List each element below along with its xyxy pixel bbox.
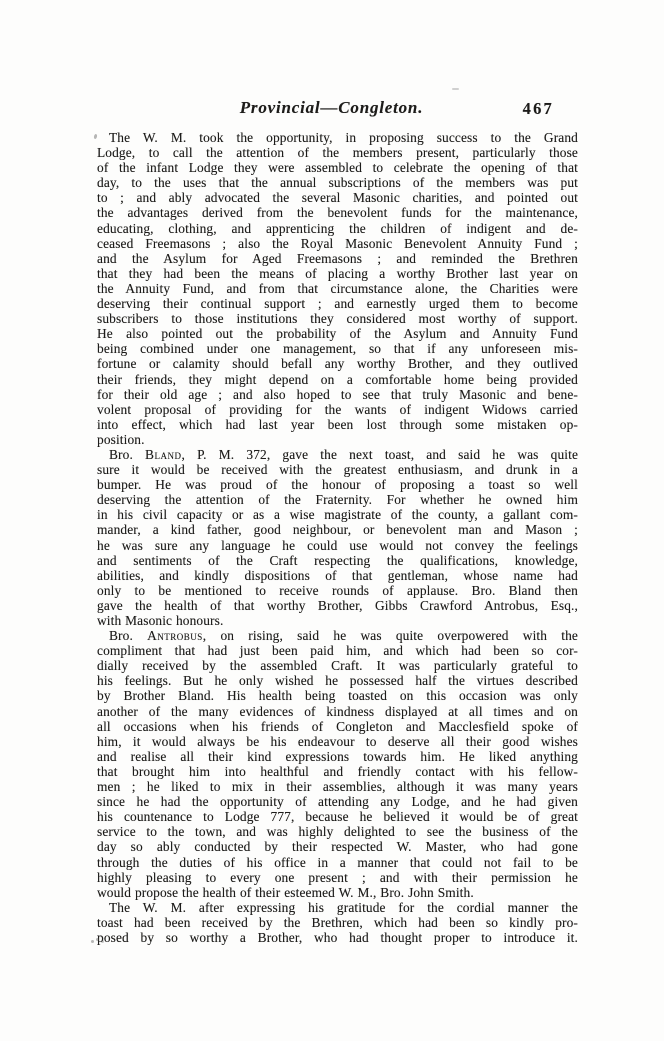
small-caps-name: Bland: [145, 447, 181, 462]
page-body: The W. M. took the opportunity, in propo…: [97, 130, 578, 945]
text-line: highly pleasing to every one present ; a…: [97, 870, 578, 885]
text-line: educating, clothing, and apprenticing th…: [97, 221, 578, 236]
text-line: day, to the uses that the annual subscri…: [97, 175, 578, 190]
text-line: toast had been received by the Brethren,…: [97, 915, 578, 930]
text-line: The W. M. took the opportunity, in propo…: [97, 130, 578, 145]
text-line: Bro. Antrobus, on rising, said he was qu…: [97, 628, 578, 643]
text-line: compliment that had just been paid him, …: [97, 643, 578, 658]
text-line: to ; and ably advocated the several Maso…: [97, 190, 578, 205]
text-line: that brought him into healthful and frie…: [97, 764, 578, 779]
text-line: service to the town, and was highly deli…: [97, 824, 578, 839]
page-number: 467: [523, 99, 554, 119]
running-title: Provincial—Congleton.: [97, 98, 578, 118]
text-line: mander, a kind father, good neighbour, o…: [97, 522, 578, 537]
scan-speck: [91, 940, 94, 943]
page-header: Provincial—Congleton. 467: [97, 98, 578, 120]
text-line: deserving the attention of the Fraternit…: [97, 492, 578, 507]
text-line: dially received by the assembled Craft. …: [97, 658, 578, 673]
text-line: another of the many evidences of kindnes…: [97, 704, 578, 719]
text-line: subscribers to those institutions they c…: [97, 311, 578, 326]
text-line: for their old age ; and also hoped to se…: [97, 387, 578, 402]
scan-speck: [452, 88, 459, 90]
text-line: He also pointed out the probability of t…: [97, 326, 578, 341]
text-line: fortune or calamity should befall any wo…: [97, 356, 578, 371]
text-line: only to be mentioned to receive rounds o…: [97, 583, 578, 598]
small-caps-name: Antrobus: [147, 628, 203, 643]
paragraph: Bro. Bland, P. M. 372, gave the next toa…: [97, 447, 578, 628]
text-line: bumper. He was proud of the honour of pr…: [97, 477, 578, 492]
text-line: being combined under one management, so …: [97, 341, 578, 356]
text-line: position.: [97, 432, 578, 447]
paragraph: The W. M. took the opportunity, in propo…: [97, 130, 578, 447]
text-line: of the infant Lodge they were assembled …: [97, 160, 578, 175]
text-line: in his civil capacity or as a wise magis…: [97, 507, 578, 522]
text-line: the advantages derived from the benevole…: [97, 205, 578, 220]
text-line: posed by so worthy a Brother, who had th…: [97, 930, 578, 945]
text-line: Lodge, to call the attention of the memb…: [97, 145, 578, 160]
text-line: the Annuity Fund, and from that circumst…: [97, 281, 578, 296]
paragraph: The W. M. after expressing his gratitude…: [97, 900, 578, 945]
text-line: and sentiments of the Craft respecting t…: [97, 553, 578, 568]
text-line: their friends, they might depend on a co…: [97, 372, 578, 387]
text-line: ceased Freemasons ; also the Royal Mason…: [97, 236, 578, 251]
text-line: through the duties of his office in a ma…: [97, 855, 578, 870]
text-line: and the Asylum for Aged Freemasons ; and…: [97, 251, 578, 266]
document-page: Provincial—Congleton. 467 The W. M. took…: [0, 0, 664, 1041]
text-line: men ; he liked to mix in their assemblie…: [97, 779, 578, 794]
text-line: he was sure any language he could use wo…: [97, 538, 578, 553]
text-line: and realise all their kind expressions t…: [97, 749, 578, 764]
text-line: sure it would be received with the great…: [97, 462, 578, 477]
text-line: abilities, and kindly dispositions of th…: [97, 568, 578, 583]
text-line: his feelings. But he only wished he poss…: [97, 673, 578, 688]
text-line: by Brother Bland. His health being toast…: [97, 688, 578, 703]
text-line: that they had been the means of placing …: [97, 266, 578, 281]
text-line: would propose the health of their esteem…: [97, 885, 578, 900]
text-line: since he had the opportunity of attendin…: [97, 794, 578, 809]
text-line: day so ably conducted by their respected…: [97, 839, 578, 854]
text-line: The W. M. after expressing his gratitude…: [97, 900, 578, 915]
text-line: Bro. Bland, P. M. 372, gave the next toa…: [97, 447, 578, 462]
text-line: with Masonic honours.: [97, 613, 578, 628]
text-line: into effect, which had last year been lo…: [97, 417, 578, 432]
text-line: deserving their continual support ; and …: [97, 296, 578, 311]
text-line: him, it would always be his endeavour to…: [97, 734, 578, 749]
paragraph: Bro. Antrobus, on rising, said he was qu…: [97, 628, 578, 900]
text-line: his countenance to Lodge 777, because he…: [97, 809, 578, 824]
text-line: all occasions when his friends of Congle…: [97, 719, 578, 734]
text-line: volent proposal of providing for the wan…: [97, 402, 578, 417]
text-line: gave the health of that worthy Brother, …: [97, 598, 578, 613]
